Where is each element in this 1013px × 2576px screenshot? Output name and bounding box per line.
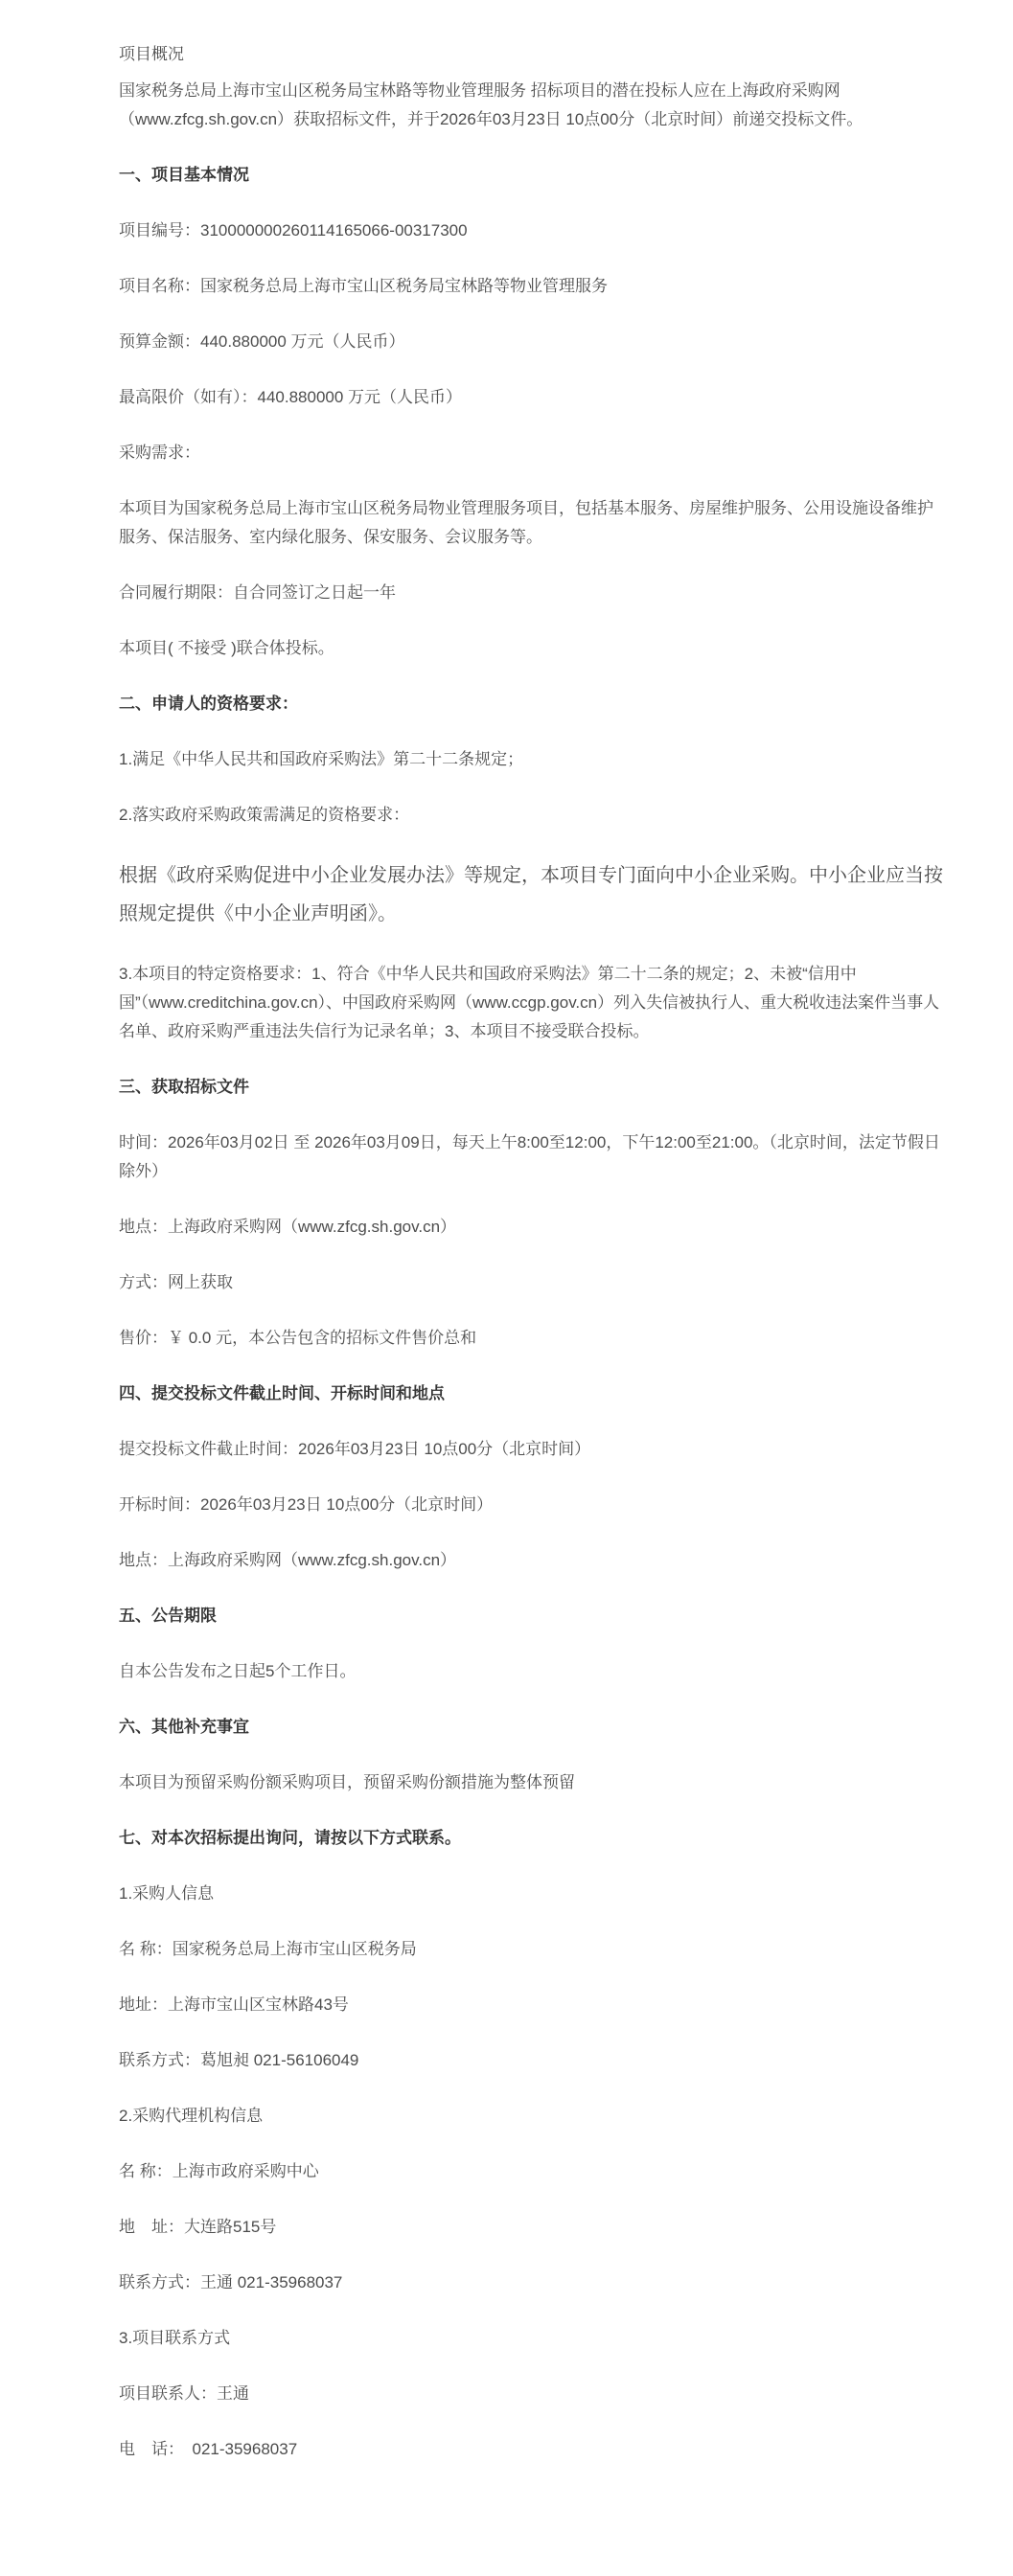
section-heading-announcement-period: 五、公告期限 [119,1602,949,1630]
purchaser-name: 名 称：国家税务总局上海市宝山区税务局 [119,1935,949,1964]
consortium-bid-policy: 本项目( 不接受 )联合体投标。 [119,634,949,663]
qualification-item-2: 2.落实政府采购政策需满足的资格要求： [119,801,949,830]
project-number: 项目编号：310000000260114165066-00317300 [119,217,949,245]
purchaser-contact: 联系方式：葛旭昶 021-56106049 [119,2046,949,2075]
section-heading-obtain-documents: 三、获取招标文件 [119,1073,949,1102]
agency-address: 地 址：大连路515号 [119,2213,949,2242]
sme-policy-statement: 根据《政府采购促进中小企业发展办法》等规定，本项目专门面向中小企业采购。中小企业… [119,856,949,933]
project-contact-phone: 电 话： 021-35968037 [119,2435,949,2464]
section-heading-submission-opening: 四、提交投标文件截止时间、开标时间和地点 [119,1379,949,1408]
obtain-location: 地点：上海政府采购网（www.zfcg.sh.gov.cn） [119,1213,949,1242]
purchaser-info-label: 1.采购人信息 [119,1880,949,1908]
max-price-limit: 最高限价（如有）：440.880000 万元（人民币） [119,383,949,412]
project-name: 项目名称：国家税务总局上海市宝山区税务局宝林路等物业管理服务 [119,272,949,301]
project-contact-person: 项目联系人：王通 [119,2380,949,2408]
overview-title: 项目概况 [119,40,949,69]
section-heading-basic-info: 一、项目基本情况 [119,161,949,190]
document-price: 售价：￥ 0.0 元，本公告包含的招标文件售价总和 [119,1324,949,1353]
section-heading-other-matters: 六、其他补充事宜 [119,1713,949,1742]
agency-name: 名 称：上海市政府采购中心 [119,2157,949,2186]
section-heading-contact: 七、对本次招标提出询问，请按以下方式联系。 [119,1824,949,1853]
contract-duration: 合同履行期限：自合同签订之日起一年 [119,579,949,607]
overview-summary: 国家税务总局上海市宝山区税务局宝林路等物业管理服务 招标项目的潜在投标人应在上海… [119,77,949,134]
reserved-share-note: 本项目为预留采购份额采购项目，预留采购份额措施为整体预留 [119,1768,949,1797]
budget-amount: 预算金额：440.880000 万元（人民币） [119,328,949,356]
submission-deadline: 提交投标文件截止时间：2026年03月23日 10点00分（北京时间） [119,1435,949,1464]
section-heading-applicant-qualification: 二、申请人的资格要求： [119,690,949,718]
obtain-method: 方式：网上获取 [119,1268,949,1297]
purchaser-address: 地址：上海市宝山区宝林路43号 [119,1991,949,2019]
project-contact-label: 3.项目联系方式 [119,2324,949,2353]
procurement-demand-label: 采购需求： [119,439,949,467]
bid-opening-location: 地点：上海政府采购网（www.zfcg.sh.gov.cn） [119,1546,949,1575]
bid-opening-time: 开标时间：2026年03月23日 10点00分（北京时间） [119,1491,949,1519]
announcement-period-text: 自本公告发布之日起5个工作日。 [119,1657,949,1686]
agency-info-label: 2.采购代理机构信息 [119,2102,949,2131]
tender-announcement-document: 项目概况 国家税务总局上海市宝山区税务局宝林路等物业管理服务 招标项目的潜在投标… [0,0,1013,2576]
obtain-time: 时间：2026年03月02日 至 2026年03月09日，每天上午8:00至12… [119,1128,949,1186]
qualification-item-3: 3.本项目的特定资格要求：1、符合《中华人民共和国政府采购法》第二十二条的规定；… [119,960,949,1046]
qualification-item-1: 1.满足《中华人民共和国政府采购法》第二十二条规定； [119,745,949,774]
agency-contact: 联系方式：王通 021-35968037 [119,2268,949,2297]
procurement-demand-detail: 本项目为国家税务总局上海市宝山区税务局物业管理服务项目，包括基本服务、房屋维护服… [119,494,949,552]
